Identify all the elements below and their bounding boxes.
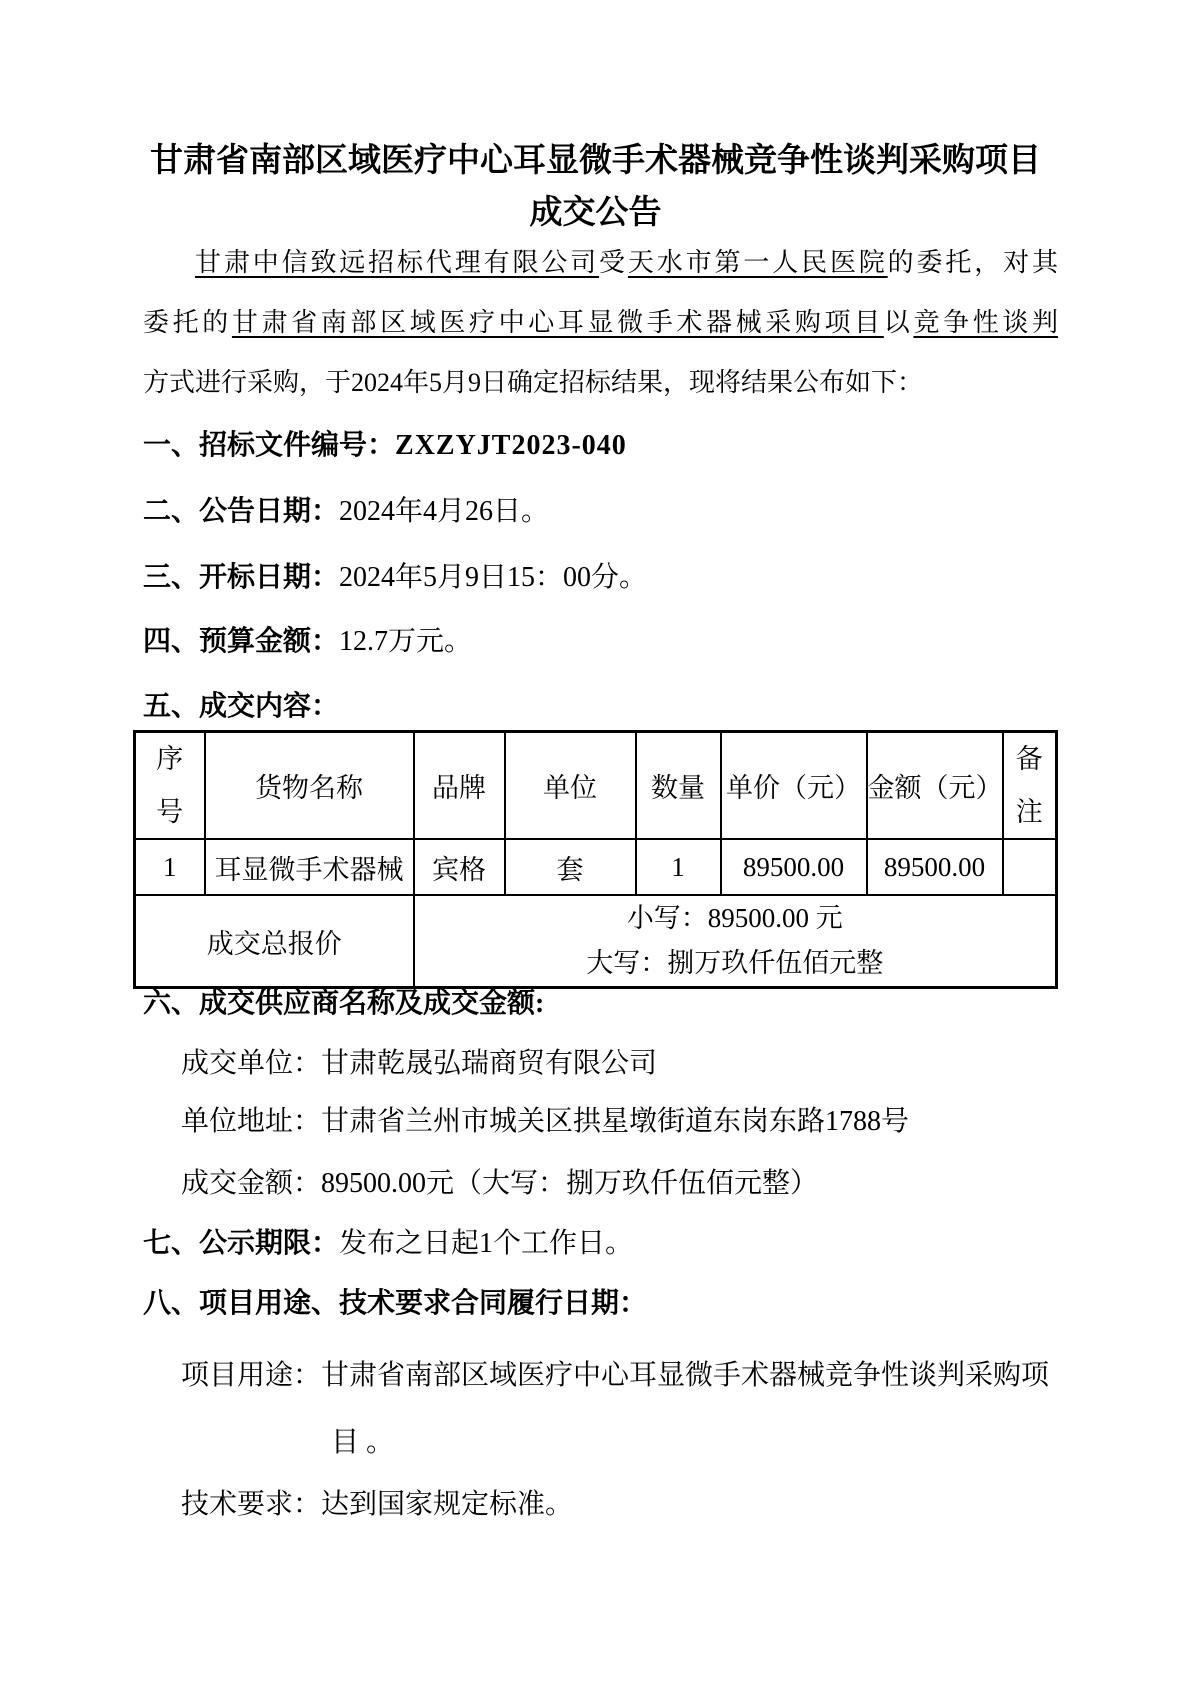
item-bid-opening-date: 三、开标日期：2024年5月9日15：00分。 bbox=[143, 548, 647, 608]
supplier-address-label: 单位地址： bbox=[181, 1106, 321, 1137]
bid-opening-date-value: 2024年5月9日15：00分。 bbox=[339, 562, 647, 593]
th-remarks-label: 备注 bbox=[1015, 733, 1043, 838]
th-quantity: 数量 bbox=[636, 732, 721, 840]
procurement-method-underlined: 竞争性谈判 bbox=[913, 308, 1058, 337]
supplier-address-line: 单位地址：甘肃省兰州市城关区拱星墩街道东岗东路1788号 bbox=[181, 1092, 909, 1152]
item-label: 二、公告日期： bbox=[143, 496, 339, 527]
cell-quantity: 1 bbox=[636, 839, 721, 895]
item-label: 四、预算金额： bbox=[143, 626, 339, 657]
th-serial-number-label: 序号 bbox=[156, 733, 184, 838]
item-announcement-date: 二、公告日期：2024年4月26日。 bbox=[143, 482, 549, 542]
section7-publicity-period: 七、公示期限：发布之日起1个工作日。 bbox=[143, 1214, 633, 1274]
project-purpose-line2: 目 。 bbox=[331, 1413, 394, 1473]
intro-line-2: 委托的甘肃省南部区域医疗中心耳显微手术器械采购项目以竞争性谈判 bbox=[143, 293, 1058, 353]
intro-line-3: 方式进行采购，于2024年5月9日确定招标结果，现将结果公布如下： bbox=[143, 353, 1058, 413]
project-name-underlined: 甘肃省南部区域医疗中心耳显微手术器械采购项目 bbox=[232, 308, 884, 337]
agency-name-underlined: 甘肃中信致远招标代理有限公司 bbox=[195, 248, 599, 277]
supplier-address-value: 甘肃省兰州市城关区拱星墩街道东岗东路1788号 bbox=[321, 1106, 909, 1137]
th-unit-price: 单价（元） bbox=[721, 732, 867, 840]
item-deal-content-heading: 五、成交内容： bbox=[143, 677, 339, 737]
announcement-date-value: 2024年4月26日。 bbox=[339, 496, 549, 527]
cell-remarks bbox=[1003, 839, 1057, 895]
intro-text: 的委托，对其 bbox=[888, 248, 1058, 277]
item-label: 一、招标文件编号： bbox=[143, 430, 395, 461]
section6-heading: 六、成交供应商名称及成交金额: bbox=[143, 976, 544, 1032]
section7-label: 七、公示期限： bbox=[143, 1228, 339, 1259]
item-label: 三、开标日期： bbox=[143, 562, 339, 593]
project-purpose-line1: 项目用途：甘肃省南部区域医疗中心耳显微手术器械竞争性谈判采购项 bbox=[181, 1346, 1049, 1406]
deal-amount-label: 成交金额： bbox=[181, 1168, 321, 1199]
th-serial-number: 序号 bbox=[135, 732, 205, 840]
table-header-row: 序号 货物名称 品牌 单位 数量 单价（元） 金额（元） 备注 bbox=[135, 732, 1057, 840]
item-budget-amount: 四、预算金额：12.7万元。 bbox=[143, 612, 472, 672]
deal-amount-value: 89500.00元（大写：捌万玖仟伍佰元整） bbox=[321, 1168, 818, 1199]
cell-brand: 宾格 bbox=[414, 839, 505, 895]
th-remarks: 备注 bbox=[1003, 732, 1057, 840]
th-brand: 品牌 bbox=[414, 732, 505, 840]
cell-amount: 89500.00 bbox=[867, 839, 1003, 895]
deal-amount-line: 成交金额：89500.00元（大写：捌万玖仟伍佰元整） bbox=[181, 1154, 818, 1214]
supplier-name-value: 甘肃乾晟弘瑞商贸有限公司 bbox=[321, 1048, 657, 1079]
supplier-name-line: 成交单位：甘肃乾晟弘瑞商贸有限公司 bbox=[181, 1034, 657, 1094]
supplier-name-label: 成交单位： bbox=[181, 1048, 321, 1079]
th-amount: 金额（元） bbox=[867, 732, 1003, 840]
project-purpose-value-part1: 甘肃省南部区域医疗中心耳显微手术器械竞争性谈判采购项 bbox=[321, 1360, 1049, 1391]
cell-goods-name: 耳显微手术器械 bbox=[205, 839, 414, 895]
deal-content-table: 序号 货物名称 品牌 单位 数量 单价（元） 金额（元） 备注 1 耳显微手术器… bbox=[133, 730, 1058, 989]
tender-doc-number-value: ZXZYJT2023-040 bbox=[395, 430, 627, 461]
tech-requirement-label: 技术要求： bbox=[181, 1489, 321, 1520]
intro-text: 以 bbox=[884, 308, 914, 337]
tech-requirement-value: 达到国家规定标准。 bbox=[321, 1489, 573, 1520]
page-title-line2: 成交公告 bbox=[0, 190, 1191, 236]
intro-paragraph: 甘肃中信致远招标代理有限公司受天水市第一人民医院的委托，对其 委托的甘肃省南部区… bbox=[143, 233, 1058, 413]
th-unit: 单位 bbox=[505, 732, 636, 840]
table-total-row: 成交总报价 小写：89500.00 元 大写：捌万玖仟伍佰元整 bbox=[135, 895, 1057, 988]
cell-unit-price: 89500.00 bbox=[721, 839, 867, 895]
total-price-value-cell: 小写：89500.00 元 大写：捌万玖仟伍佰元整 bbox=[414, 895, 1057, 988]
intro-text: 受 bbox=[599, 248, 628, 277]
item-label: 五、成交内容： bbox=[143, 691, 339, 722]
announcement-document-page: 甘肃省南部区域医疗中心耳显微手术器械竞争性谈判采购项目 成交公告 甘肃中信致远招… bbox=[0, 0, 1191, 1684]
total-price-lowercase: 小写：89500.00 元 bbox=[415, 896, 1056, 941]
cell-unit: 套 bbox=[505, 839, 636, 895]
table-data-row: 1 耳显微手术器械 宾格 套 1 89500.00 89500.00 bbox=[135, 839, 1057, 895]
section8-heading: 八、项目用途、技术要求合同履行日期： bbox=[143, 1276, 647, 1332]
page-title-line1: 甘肃省南部区域医疗中心耳显微手术器械竞争性谈判采购项目 bbox=[0, 138, 1191, 184]
total-price-label-cell: 成交总报价 bbox=[135, 895, 414, 988]
budget-amount-value: 12.7万元。 bbox=[339, 626, 472, 657]
intro-text: 委托的 bbox=[143, 308, 232, 337]
cell-serial-number: 1 bbox=[135, 839, 205, 895]
intro-line-1: 甘肃中信致远招标代理有限公司受天水市第一人民医院的委托，对其 bbox=[143, 233, 1058, 293]
hospital-name-underlined: 天水市第一人民医院 bbox=[628, 248, 888, 277]
item-tender-doc-number: 一、招标文件编号：ZXZYJT2023-040 bbox=[143, 416, 627, 476]
publicity-period-value: 发布之日起1个工作日。 bbox=[339, 1228, 633, 1259]
project-purpose-label: 项目用途： bbox=[181, 1360, 321, 1391]
th-goods-name: 货物名称 bbox=[205, 732, 414, 840]
tech-requirement-line: 技术要求：达到国家规定标准。 bbox=[181, 1475, 573, 1535]
